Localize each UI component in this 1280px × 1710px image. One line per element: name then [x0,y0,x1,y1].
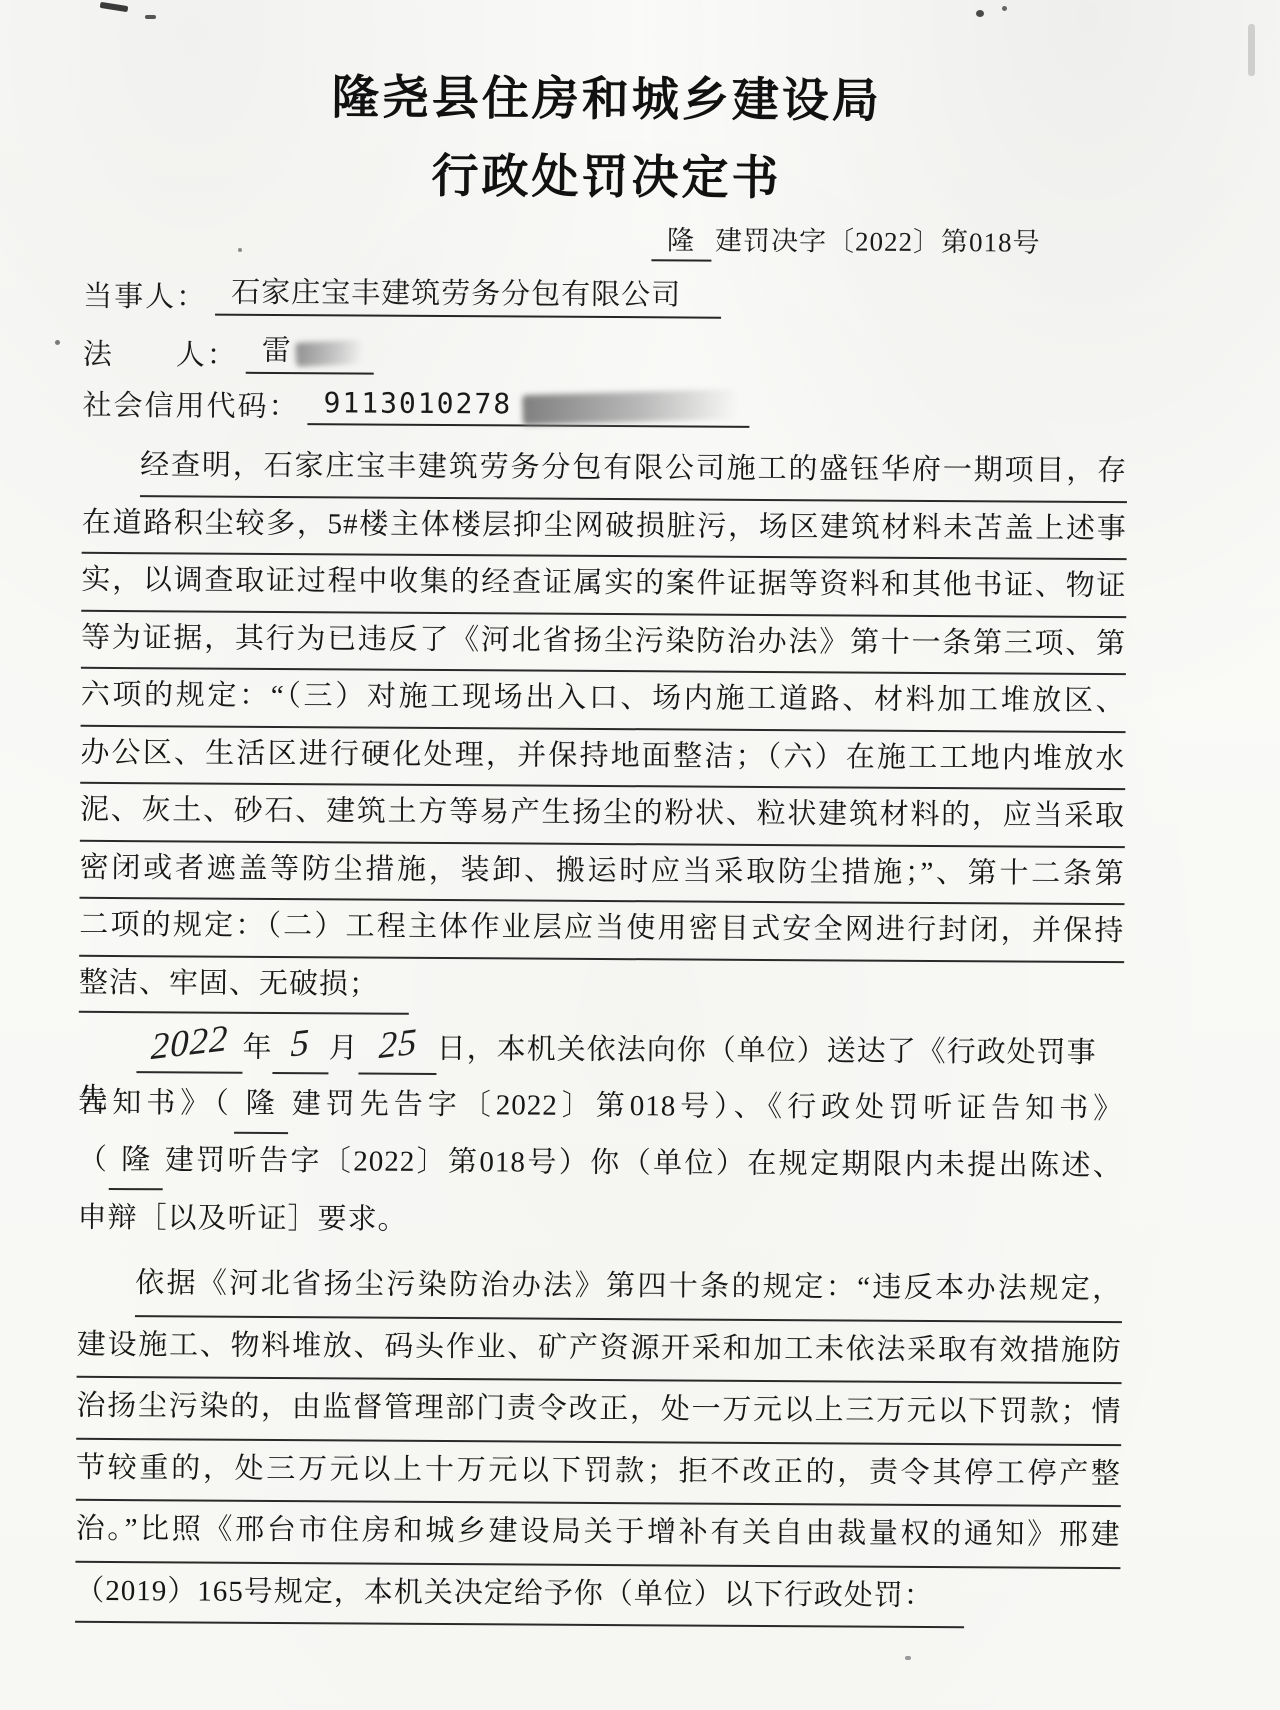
scanned-penalty-decision-document: 隆尧县住房和城乡建设局 行政处罚决定书 隆建罚决字〔2022〕第018号 当事人… [0,0,1280,1710]
document-text-line: （隆建罚听告字〔2022〕第018号）你（单位）在规定期限内未提出陈述、 [78,1134,1123,1198]
document-text-line: 2022年5月25日，本机关依法向你（单位）送达了《行政处罚事先 [78,1019,1123,1083]
party-field: 当事人：石家庄宝丰建筑劳务分包有限公司 [83,269,721,319]
notification-line2-pre: 告知书》（ [78,1086,234,1119]
scan-edge-shadow [1248,24,1255,76]
notification-line2-text: 建罚先告字〔2022〕第018号）、《行政处罚听证告知书》 [288,1088,1124,1125]
legal-person-value: 雷 [262,335,292,367]
day-unit-and-text: 日， [437,1033,497,1065]
document-text-line: 节较重的，处三万元以上十万元以下罚款；拒不改正的，责令其停工停产整 [76,1439,1121,1507]
scan-speck [976,10,984,17]
penalty-basis-paragraph: 依据《河北省扬尘污染防治办法》第四十条的规定：“违反本办法规定，建设施工、物料堆… [75,1255,1122,1630]
notification-line3-pre: （ [78,1144,110,1176]
legal-person-fill: 雷 [246,328,374,375]
document-text-line: 告知书》（隆建罚先告字〔2022〕第018号）、《行政处罚听证告知书》 [78,1076,1123,1140]
document-content: 隆尧县住房和城乡建设局 行政处罚决定书 隆建罚决字〔2022〕第018号 当事人… [85,0,1130,3]
scan-speck [1002,6,1007,11]
document-text-line: （2019）165号规定，本机关决定给予你（单位）以下行政处罚： [75,1562,1120,1630]
legal-person-label: 法 人： [83,339,238,372]
credit-code-value: 9113010278 [323,386,512,420]
scan-speck [145,15,156,19]
party-value: 石家庄宝丰建筑劳务分包有限公司 [215,270,721,319]
document-text-line: 泥、灰土、砂石、建筑土方等易产生扬尘的粉状、粒状建筑材料的，应当采取 [80,784,1125,848]
year-unit: 年 [242,1032,272,1064]
document-text-line: 密闭或者遮盖等防尘措施，装卸、搬运时应当采取防尘措施；”、第十二条第 [79,841,1124,905]
document-text-line: 二项的规定：（二）工程主体作业层应当使用密目式安全网进行封闭，并保持 [79,899,1124,963]
redaction-smudge [522,389,738,425]
handwritten-month-blank: 5 [272,1020,328,1074]
document-number-text: 建罚决字〔2022〕第018号 [715,226,1041,258]
findings-paragraph: 经查明，石家庄宝丰建筑劳务分包有限公司施工的盛钰华府一期项目，存在道路积尘较多，… [79,439,1127,1020]
notification-paragraph: 2022年5月25日，本机关依法向你（单位）送达了《行政处罚事先 告知书》（隆建… [77,1019,1123,1255]
party-label: 当事人： [83,281,207,314]
document-text-line: 六项的规定：“（三）对施工现场出入口、场内施工道路、材料加工堆放区、 [81,669,1126,733]
document-text-line: 依据《河北省扬尘污染防治办法》第四十条的规定：“违反本办法规定， [135,1255,1122,1323]
legal-person-field: 法 人：雷 [83,327,374,375]
handwritten-month: 5 [290,1019,311,1070]
document-text-line: 实，以调查取证过程中收集的经查证属实的案件证据等资料和其他书证、物证 [81,554,1126,618]
document-text-line: 治。”比照《邢台市住房和城乡建设局关于增补有关自由裁量权的通知》邢建 [75,1501,1120,1569]
scan-speck [905,1656,911,1660]
handwritten-year: 2022 [150,1015,229,1072]
document-text-line: 在道路积尘较多，5#楼主体楼层抑尘网破损脏污，场区建筑材料未苫盖上述事 [82,496,1127,560]
notification-line3-text: 建罚听告字〔2022〕第018号）你（单位）在规定期限内未提出陈述、 [163,1144,1123,1182]
scan-speck [55,340,60,345]
document-text-line: 经查明，石家庄宝丰建筑劳务分包有限公司施工的盛钰华府一期项目，存 [140,439,1127,503]
document-text-line: 办公区、生活区进行硬化处理，并保持地面整洁；（六）在施工工地内堆放水 [80,726,1125,790]
document-number-agency-abbrev: 隆 [651,218,711,261]
document-number: 隆建罚决字〔2022〕第018号 [83,215,1128,264]
redaction-smudge [295,340,362,367]
scan-speck [100,2,129,12]
document-text-line: 治扬尘污染的，由监督管理部门责令改正，处一万元以上三万元以下罚款；情 [76,1378,1121,1446]
document-text-line: 申辩［以及听证］要求。 [77,1191,1122,1255]
handwritten-day-blank: 25 [358,1020,436,1074]
handwritten-year-blank: 2022 [136,1019,242,1074]
document-text-line: 建设施工、物料堆放、码头作业、矿产资源开采和加工未依法采取有效措施防 [77,1316,1122,1384]
credit-code-field: 社会信用代码：9113010278 [82,383,749,428]
document-title-agency: 隆尧县住房和城乡建设局 [84,59,1129,132]
document-title-type: 行政处罚决定书 [84,137,1129,210]
doc-ref-agency-abbrev: 隆 [234,1077,288,1133]
document-text-line: 等为证据，其行为已违反了《河北省扬尘污染防治办法》第十一条第三项、第 [81,611,1126,675]
credit-code-fill: 9113010278 [307,386,749,428]
credit-code-label: 社会信用代码： [82,390,299,423]
document-text-line: 整洁、牢固、无破损； [79,956,1124,1020]
doc-ref-agency-abbrev: 隆 [109,1134,163,1190]
month-unit: 月 [329,1032,359,1064]
handwritten-day: 25 [378,1018,418,1071]
notification-line4-text: 申辩［以及听证］要求。 [77,1201,407,1235]
